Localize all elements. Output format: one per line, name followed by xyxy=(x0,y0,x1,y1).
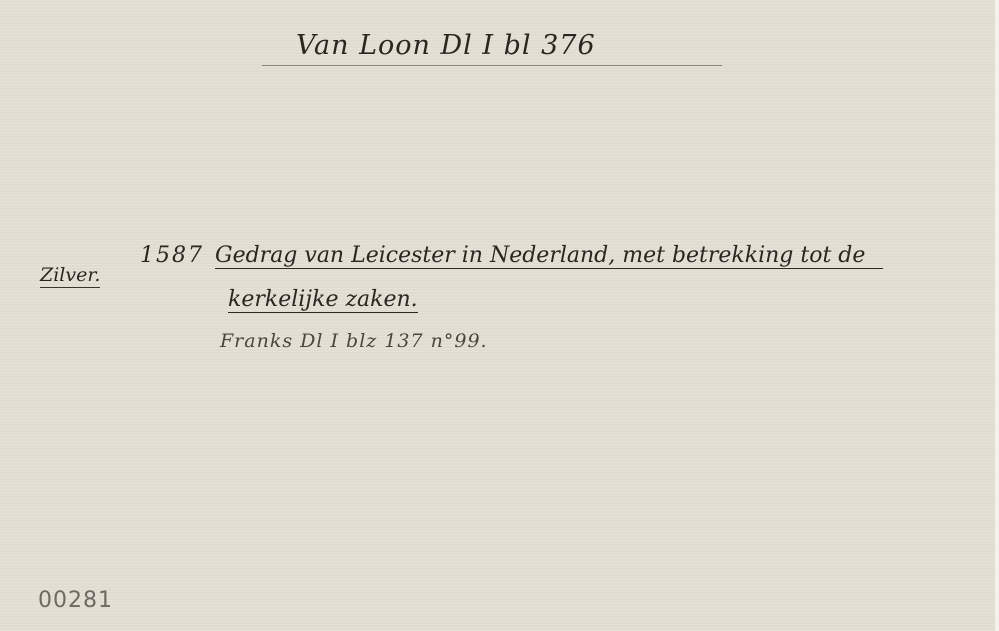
header-rule xyxy=(262,65,722,66)
index-card: Van Loon Dl I bl 376 Zilver. 1587 Gedrag… xyxy=(0,0,999,631)
card-header-reference: Van Loon Dl I bl 376 xyxy=(296,30,596,61)
year: 1587 xyxy=(140,243,204,268)
title-line-2: kerkelijke zaken. xyxy=(228,287,418,313)
source-reference: Franks Dl I blz 137 n°99. xyxy=(220,330,488,352)
subject-label: Zilver. xyxy=(40,264,100,288)
title-line-1: Gedrag van Leicester in Nederland, met b… xyxy=(215,243,883,269)
card-number: 00281 xyxy=(38,588,113,613)
